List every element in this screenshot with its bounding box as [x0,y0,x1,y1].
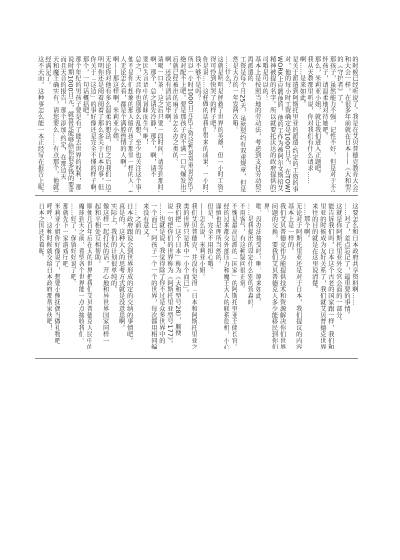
text-column: 啊，那个，总之请先冷静，那个，啊，请不 [148,56,155,192]
text-column: 这就是你阿斯托里亚外交官会面的一部分。 [334,203,342,349]
text-column: 是关于派遣到阿斯托里亚的派遣·约定的工资的事啊。 [291,56,298,192]
text-column: 嗯，没办法接受吗？啊，原来如此。 [253,203,261,349]
text-column: 谨慎也是理所当然的。 [213,203,221,349]
text-column: ……什么？ [223,56,230,192]
text-column: ……对了，差点忘记了，最重要的事情。 [342,203,350,349]
text-column: 而且天音的报告，那个添加·约定，在那边天 [59,56,66,192]
text-column: 我们把「这个日本」称为《大和型号28》，顺便 [173,203,181,349]
text-column: 来没有意义。 [141,203,149,349]
text-column: 经的过来都交外部压力和魔王大人的联系危机，小心 [221,203,229,349]
text-column: 但是，完全不用担心哦。 [205,203,213,349]
text-column: 明明你还是阅着阅着了那么多关于日本的事，但 [96,56,103,192]
text-column: 来往的目的就是在这里说清楚。 [310,203,318,349]
text-column: 后就已经被出的麻子该怎么办之类的。 [171,56,178,192]
text-column: 绝对配不上吧。要是那孩子的不满一口气爆发出来的 [178,56,185,192]
text-column: 像这样一起打仗的话，开心地和异世界国家同样一 [101,203,109,349]
text-column: 那么，米莉亚小姐，就让我们进入正题吧。 [313,56,320,192]
text-column: 怀孩子，请温柔地对待她吧。 [321,56,328,192]
text-column: WORK上应聘他的，他的工作为被阿尔文斯招艾贝普德克 [276,56,283,192]
text-column: ……也就是说，我觉得除了你不过是众多世界中的 [157,203,165,349]
text-column: 无论你对他有多么温柔的想法，但之后我们一边去 [104,56,111,192]
text-column: 这就是明明是拯救了世界的英雄，但一小时工资却少 [216,56,223,192]
text-column: 基本上是一样的。 [286,203,294,349]
text-column: 魔球到天之前，希望各个世界能一点点接收我们。 [76,203,84,349]
text-column: 实际上，我们的计划很单纯的。 [109,203,117,349]
text-column: 日本之国还长着呢。 [36,203,44,349]
text-column: 界。 [261,203,269,349]
text-column: 再派遣的 [246,56,253,192]
text-column: 呼呼，这种时候就交给日本政府那帮家伙吧！ [44,203,52,349]
text-column: ……好了，保留好好说了吧。 [68,203,76,349]
text-column: 米莉亚小姐你好像说了，想要小熊抚偶当做礼物吧 [52,203,60,349]
text-column: 那就先下一家游戏厅吧 [60,203,68,349]
text-column: 啊……是来如此。 [298,56,305,192]
text-column: 人无论怎么看，都是个满腔热情的人啊。 [119,56,126,192]
text-column: 经满足了。 [44,56,51,192]
text-column: 啊——那这样啊，米莉亚小姐。 [111,56,118,192]
text-column: 无论对于阿斯托里亚还是对于日本，我们提议的内容 [294,203,302,349]
text-column: 对，他的每小时工资确定是1000日元，在TOWN [283,56,290,192]
text-column: 基本上是按照当地的劳动法，考虑到支付劳动契约 [253,56,260,192]
text-column: 然是大方的一年发两次哦。 [231,56,238,192]
text-column: 不用客气，有这种疑问很正常。 [237,203,245,349]
text-column: 你关于「这边」的事好像还是完全不懂的样子啊。 [89,56,96,192]
top-text-block: 的时候已经听说了。我是在艾贝普德克教育大会的人和大会一样，在很多年前就在日本——… [36,56,358,192]
text-column: 这要怎么和日本政府共享资料啊…… [350,203,358,349]
text-column: 的《守护者》了。 [336,56,343,192]
text-column: ……那个啊。 [302,203,310,349]
text-column: ……之前的 [133,203,141,349]
text-column: ——怎么说，米莉亚小姐。 [197,203,205,349]
text-column: 那个年纪的男孩子要是有了能去世界的权利，那 [74,56,81,192]
text-column: 这不天而，这种事怎么能一本正经写在报告上呢。 [36,56,43,192]
text-column: 工资是每个月25天，虽然契约有双重规章，但是全是 [238,56,245,192]
text-column: ……是我提出的设定什么别的营森吗。 [245,203,253,349]
text-column: 不愧是最高层派的「国家」的阿斯托里亚王储长官。 [229,203,237,349]
text-column: 那孩子，虽然能力不强，记性不好，但是对于不是一个 [328,56,335,192]
horizontal-rule-top [35,195,358,196]
text-column: 顺便几百年后在大的世界把我们艾贝普德克人民中的 [84,203,92,349]
text-column: 我们艾贝普德克作为能提供技术和资源解决你们世界 [278,203,286,349]
horizontal-rule-bottom [35,358,358,359]
text-column: 的时候已经听说了。我是在艾贝普德克教育大会的人 [351,56,358,192]
text-column: 我们艾贝普德克，并没有觉得「日本和阿斯托里亚之 [189,203,197,349]
text-column: 我从天教那里听说，你对我们有什么请求…… [306,56,313,192]
text-column: 得可怜到快哭了的样子吧？ [208,56,215,192]
text-column: 请喝一口茶，这之后只要一段时间，请等到那时…… [156,56,163,192]
text-column: 钱不够不是吗？ [193,56,200,192]
text-column: 那个，一句话概括吧。 [81,56,88,192]
text-column: 说时期1000日元，就算是能够给你很多钱的要求。 [66,56,73,192]
text-column: 问题的交换，要我们艾贝普德克人多少能移民到你们世 [269,203,277,349]
text-column: 类的世界只是其中一小个而已」。 [181,203,189,349]
text-column: 所以一小时1000日元的工资这种说双重说话的工资 [186,56,193,192]
text-column: 你是说……这样做的话我们带来的成果，一小时1000块 [201,56,208,192]
bottom-text-block: 这要怎么和日本政府共享资料啊…………对了，差点忘记了，最重要的事情。这就是你阿斯… [36,203,358,349]
text-column: 天和魔王确实有，请您要么……有点那个，他就已经 [51,56,58,192]
text-column: 和大会一样，在很多年前就在日本——《大和型号28》 [343,56,350,192]
text-column: 总之，天音你也别那么乱想，至少也关注这个事人。 [133,56,140,192]
text-column: 精神被提的名字。所以就要托沃达的政府提供的资格公 [268,56,275,192]
text-column: 能告诉我们吗，日本这个古老的国家跟一样，我们和阿斯托 [326,203,334,349]
text-column: 要因为言语中的冒昧而生气啊！ [141,56,148,192]
text-column: 说一句把你们的世界称为《阿斯托里亚型号177》。 [165,203,173,349]
text-column: 日本政府跟说会到世界形成的定的交纳的事情吧。 [125,203,133,349]
text-column: 里亚的时候成为友好关系了，我们就艾贝普德克世界 [318,203,326,349]
text-column: 真是的，这种大人的思考方式就是没意思啊。 [117,203,125,349]
text-column: 他不是你们想象的那人般的孩子那里一样的人，那个 [126,56,133,192]
text-column: 一个而已，阿孩子一个一个的世界，每次都用相同编号 [149,203,157,349]
text-column: 啊，还没有清洁完毕啊。 [163,56,170,192]
text-column: 起和平相处互相帮助。 [92,203,100,349]
text-column: 司哦是可以的？ [261,56,268,192]
